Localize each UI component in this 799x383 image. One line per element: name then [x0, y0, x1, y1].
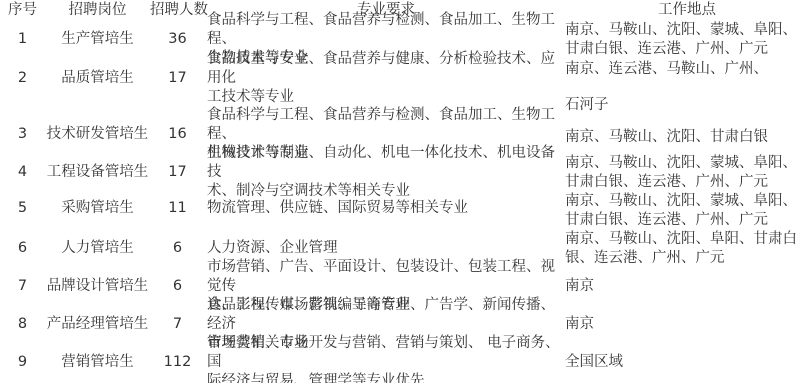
- locations-text: 南京、马鞍山、沈阳、蒙城、阜阳、 甘肃白银、连云港、广州、广元: [565, 192, 797, 230]
- cell-no: 1: [0, 20, 45, 59]
- cell-no: 3: [0, 115, 45, 154]
- locations-text: 全国区域: [565, 353, 623, 372]
- cell-no: 7: [0, 267, 45, 306]
- locations-text: 南京、马鞍山、沈阳、蒙城、阜阳、 甘肃白银、连云港、广州、广元: [565, 21, 797, 59]
- cell-majors: 机械设计与制造、自动化、机电一体化技术、机电设备技 术、制冷与空调技术等相关专业: [207, 153, 565, 192]
- cell-locations: 南京、马鞍山、沈阳、阜阳、甘肃白 银、连云港、广州、广元: [565, 229, 799, 268]
- cell-count: 17: [150, 153, 205, 192]
- cell-no: 9: [0, 343, 45, 382]
- cell-locations: 南京、连云港、马鞍山、广州、 石河子: [565, 59, 799, 116]
- cell-locations: 全国区域: [565, 343, 799, 382]
- cell-no: 8: [0, 305, 45, 344]
- cell-no: 5: [0, 191, 45, 225]
- cell-count: 16: [150, 115, 205, 154]
- cell-locations: 南京、马鞍山、沈阳、蒙城、阜阳、 甘肃白银、连云港、广州、广元: [565, 191, 799, 230]
- cell-locations: 南京、马鞍山、沈阳、蒙城、阜阳、 甘肃白银、连云港、广州、广元: [565, 153, 799, 192]
- table-row: 4 工程设备管培生 17 机械设计与制造、自动化、机电一体化技术、机电设备技 术…: [0, 153, 799, 192]
- majors-text: 人力资源、企业管理: [207, 239, 338, 258]
- cell-count: 6: [150, 267, 205, 306]
- cell-majors: 物流管理、供应链、国际贸易等相关专业: [207, 191, 565, 225]
- cell-position: 人力管培生: [45, 229, 150, 268]
- header-count: 招聘人数: [148, 0, 210, 21]
- cell-position: 品牌设计管培生: [45, 267, 150, 306]
- header-no: 序号: [0, 0, 45, 21]
- cell-position: 营销管培生: [45, 343, 150, 382]
- cell-count: 6: [150, 229, 205, 268]
- locations-text: 南京: [565, 277, 594, 296]
- cell-count: 11: [150, 191, 205, 225]
- cell-no: 2: [0, 59, 45, 98]
- majors-text: 市场营销、市场开发与营销、营销与策划、 电子商务、国 际经济与贸易、管理学等专业…: [207, 334, 565, 383]
- table-row: 9 营销管培生 112 市场营销、市场开发与营销、营销与策划、 电子商务、国 际…: [0, 343, 799, 382]
- cell-no: 6: [0, 229, 45, 268]
- locations-text: 南京、马鞍山、沈阳、甘肃白银: [565, 128, 768, 147]
- cell-position: 技术研发管培生: [45, 115, 150, 154]
- cell-position: 采购管培生: [45, 191, 150, 225]
- cell-count: 17: [150, 59, 205, 98]
- cell-position: 工程设备管培生: [45, 153, 150, 192]
- table-row: 5 采购管培生 11 物流管理、供应链、国际贸易等相关专业 南京、马鞍山、沈阳、…: [0, 191, 799, 230]
- cell-count: 7: [150, 305, 205, 344]
- cell-position: 产品经理管培生: [45, 305, 150, 344]
- majors-text: 食品质量与安全、食品营养与健康、分析检验技术、应用化 工技术等专业: [207, 50, 565, 107]
- cell-majors: 食品质量与安全、食品营养与健康、分析检验技术、应用化 工技术等专业: [207, 59, 565, 98]
- locations-text: 南京: [565, 315, 594, 334]
- cell-majors: 市场营销、市场开发与营销、营销与策划、 电子商务、国 际经济与贸易、管理学等专业…: [207, 343, 565, 382]
- header-locations: 工作地点: [565, 0, 799, 21]
- locations-text-bottom: 石河子: [565, 96, 768, 115]
- locations-text: 南京、马鞍山、沈阳、阜阳、甘肃白 银、连云港、广州、广元: [565, 230, 797, 268]
- locations-split: 南京、连云港、马鞍山、广州、 石河子: [565, 59, 768, 116]
- cell-locations: 南京、马鞍山、沈阳、蒙城、阜阳、 甘肃白银、连云港、广州、广元: [565, 20, 799, 59]
- cell-locations: 南京: [565, 267, 799, 306]
- header-position: 招聘岗位: [45, 0, 150, 21]
- cell-no: 4: [0, 153, 45, 192]
- locations-text: 南京、马鞍山、沈阳、蒙城、阜阳、 甘肃白银、连云港、广州、广元: [565, 154, 797, 192]
- locations-text-top: 南京、连云港、马鞍山、广州、: [565, 60, 768, 79]
- cell-count: 112: [150, 343, 205, 382]
- cell-count: 36: [150, 20, 205, 59]
- cell-locations: 南京、马鞍山、沈阳、甘肃白银: [565, 115, 799, 154]
- cell-locations: 南京: [565, 305, 799, 344]
- cell-position: 生产管培生: [45, 20, 150, 59]
- majors-text: 物流管理、供应链、国际贸易等相关专业: [207, 199, 468, 218]
- cell-position: 品质管培生: [45, 59, 150, 98]
